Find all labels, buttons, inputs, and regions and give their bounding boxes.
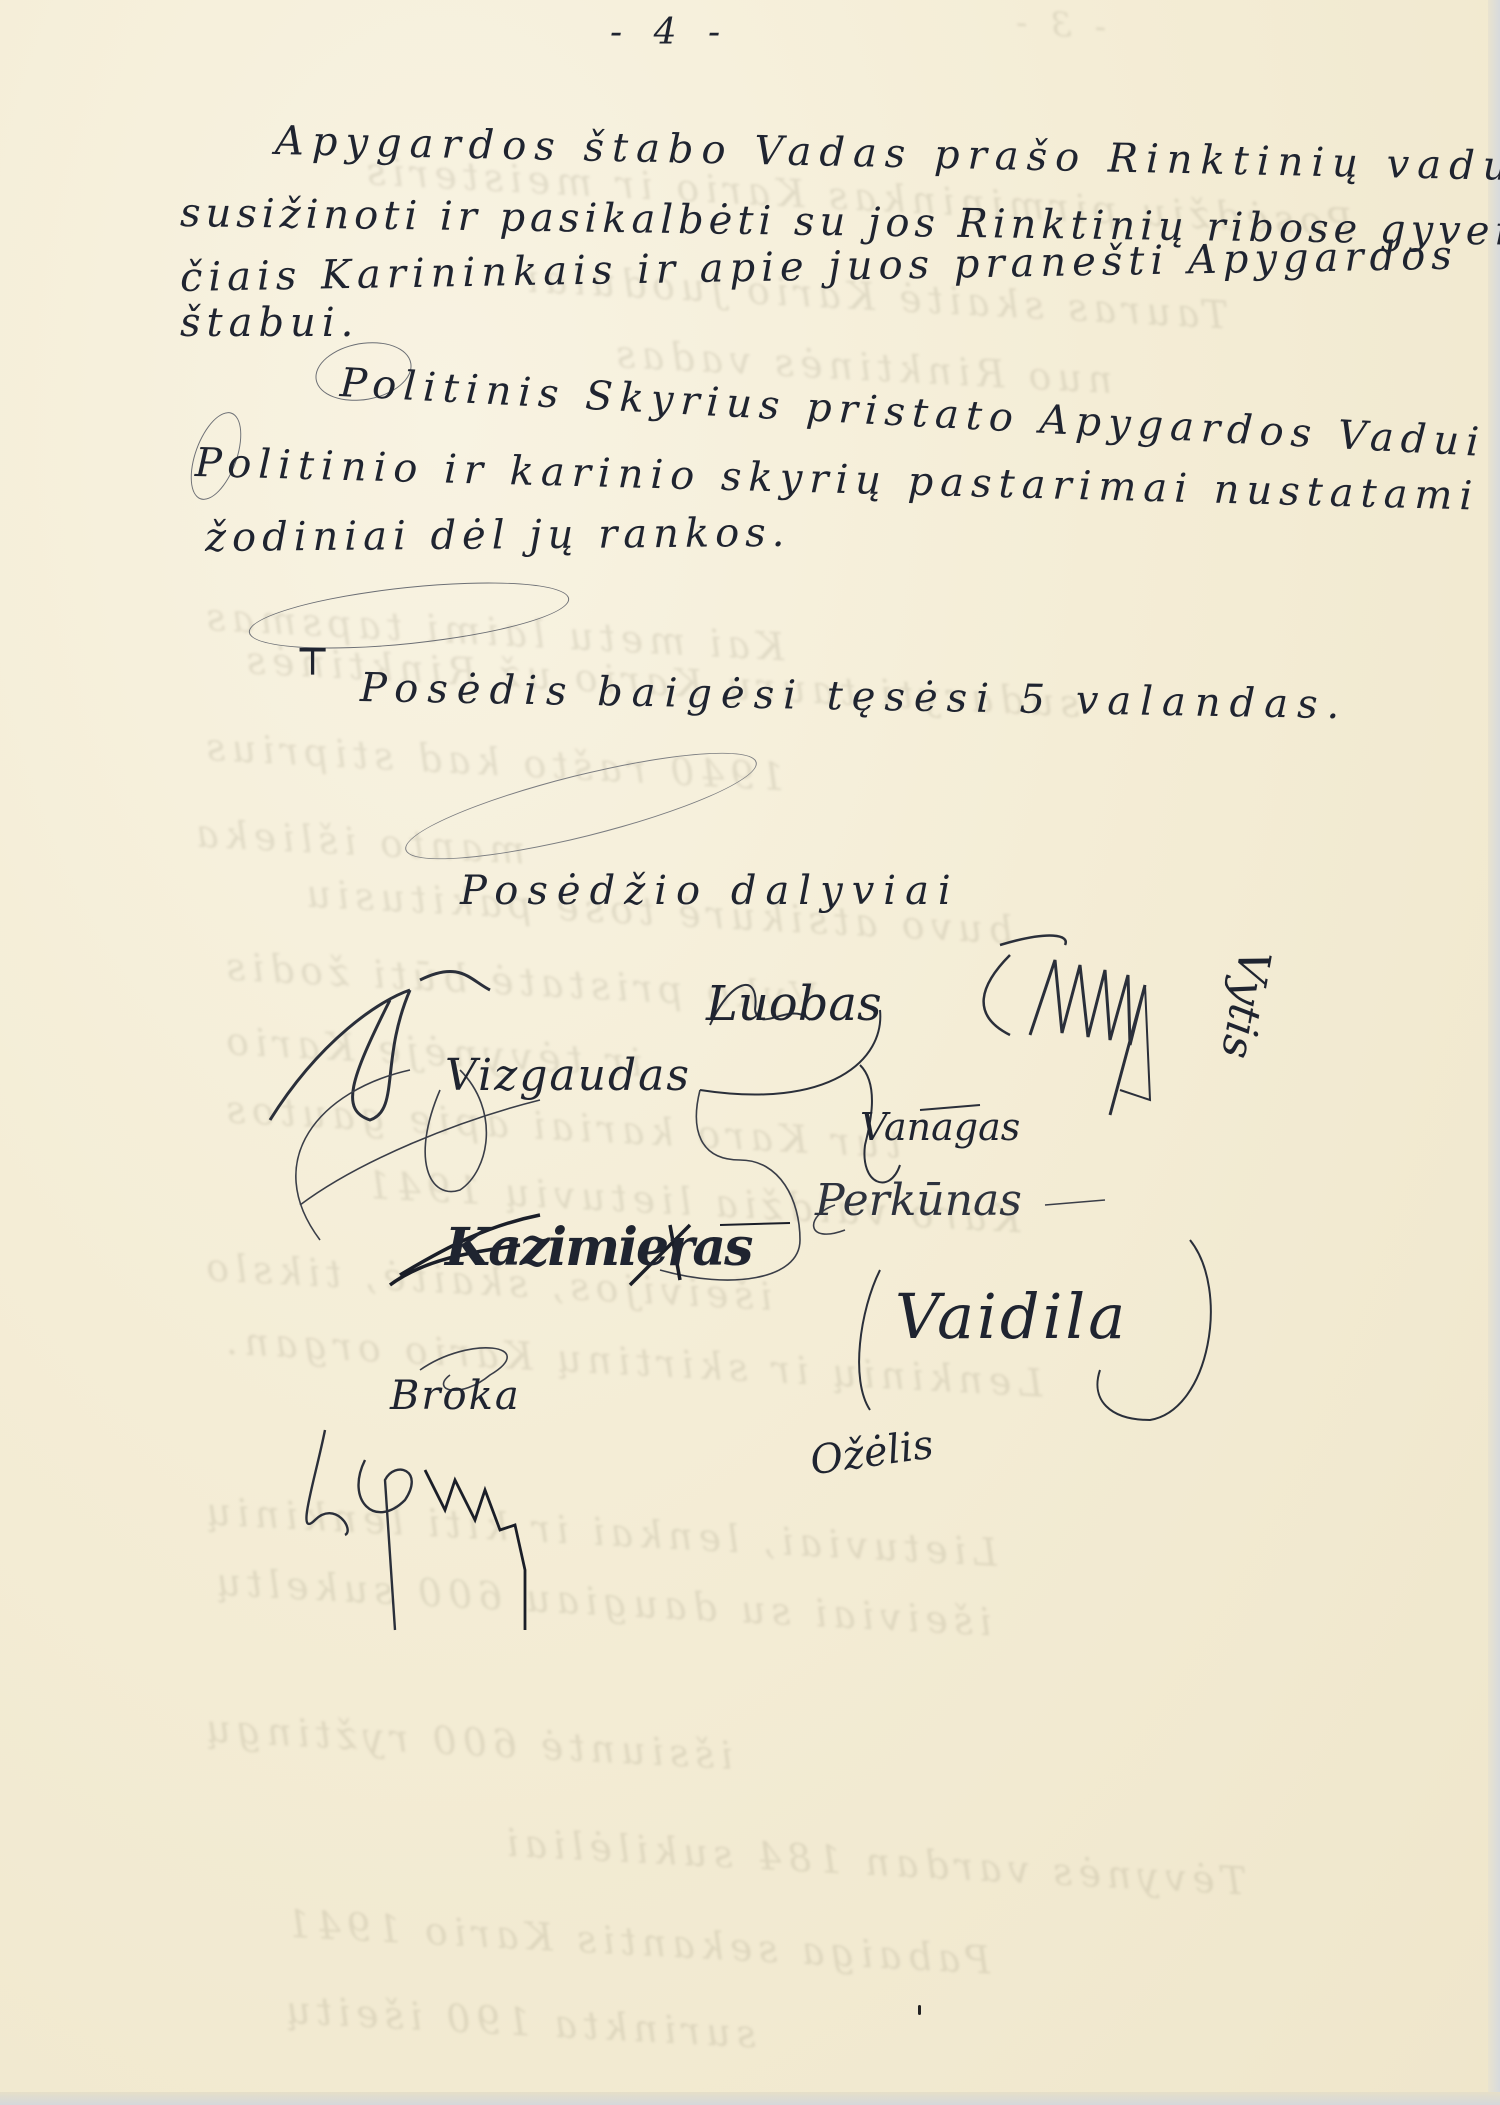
signature-name: Kazimieras	[445, 1217, 751, 1278]
signature-name: Vanagas	[860, 1105, 1020, 1149]
signature-name: Vaidila	[895, 1280, 1128, 1353]
signature-name: Broka	[390, 1373, 521, 1419]
insert-mark: ┬	[300, 625, 325, 674]
text-line: žodiniai dėl jų rankos.	[205, 510, 791, 561]
page-edge-shadow	[1488, 0, 1500, 2105]
signature-name: Lapinas	[285, 1420, 289, 1421]
participants-heading: Posėdžio dalyviai	[460, 868, 960, 914]
signature-strokes	[285, 1420, 605, 1640]
signature-lapinas: Lapinas	[285, 1420, 605, 1644]
bleed-line: - 3 -	[1009, 3, 1107, 48]
signature-vaidila: Vaidila	[850, 1210, 1230, 1444]
signature-kazimieras: Kazimieras	[390, 1185, 810, 1309]
text-line: štabui.	[180, 300, 359, 346]
signature-name: Tauras	[1010, 985, 1013, 986]
signature-name: Vizgaudas	[445, 1050, 691, 1101]
page-number: - 4 -	[610, 12, 730, 53]
ink-speck	[918, 2005, 921, 2015]
page-bottom-shadow	[0, 2092, 1500, 2105]
